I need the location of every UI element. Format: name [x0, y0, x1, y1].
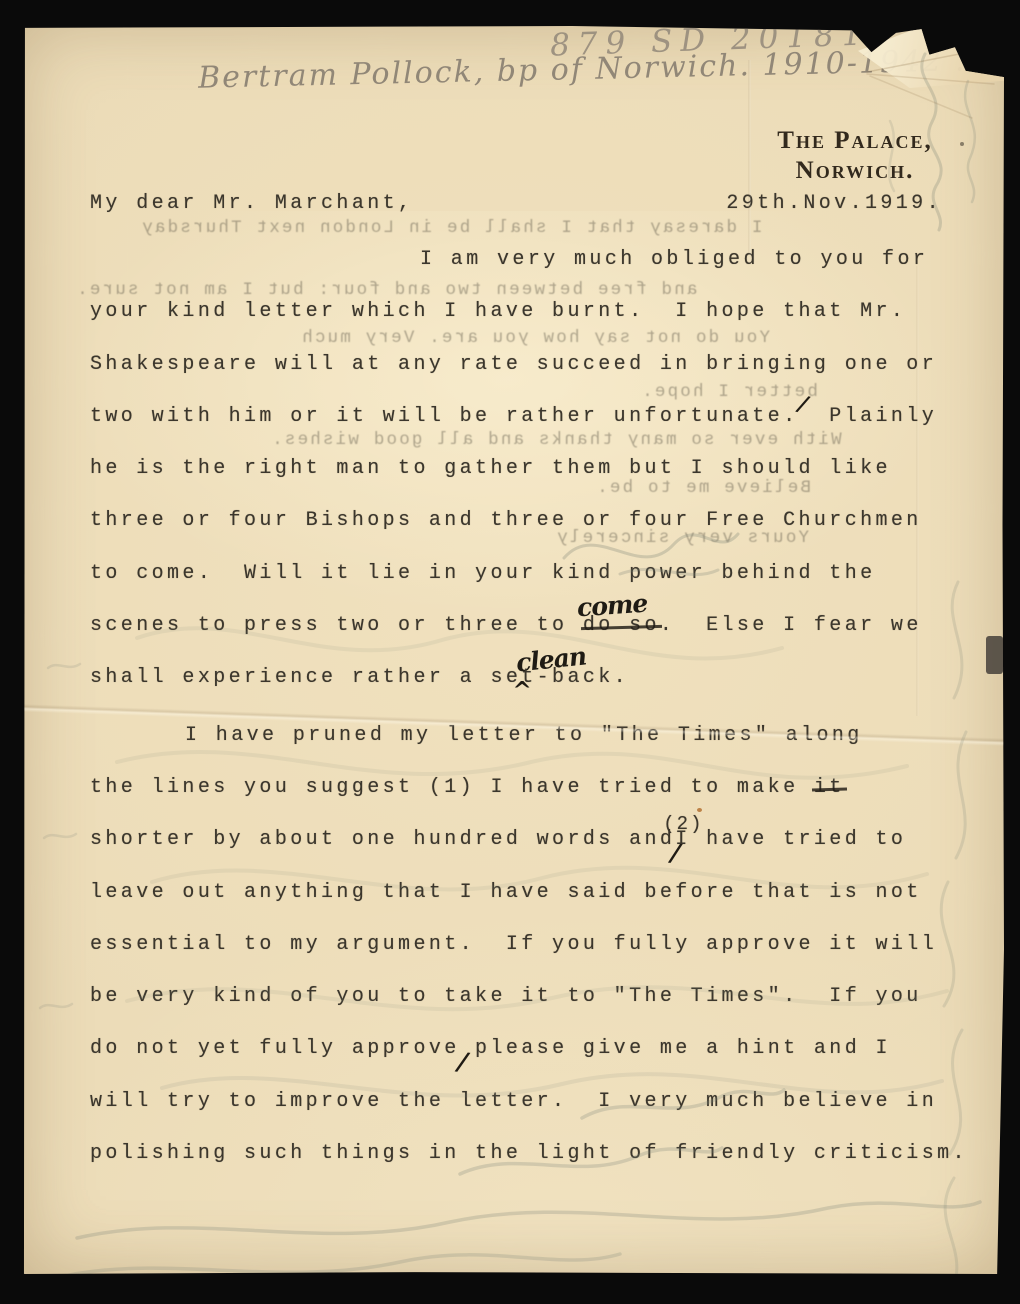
typed-text: essential to my argument. If you fully a…	[90, 933, 937, 956]
typed-line: the lines you suggest (1) I have tried t…	[90, 762, 990, 814]
letter-date: 29th.Nov.1919.	[726, 190, 942, 218]
crease-line	[748, 60, 751, 255]
typed-line: I am very much obliged to you for	[90, 234, 990, 286]
paragraph: I am very much obliged to you foryour ki…	[90, 234, 990, 705]
typed-text: I am very much obliged to you for	[420, 248, 928, 271]
typed-line: shall experience rather a clean^set-back…	[90, 652, 990, 704]
struck-text: do socome	[583, 614, 660, 637]
salutation: My dear Mr. Marchant,	[90, 190, 413, 218]
handwritten-annotation: come	[576, 591, 648, 621]
typed-line: do not yet fully approve/ please give me…	[90, 1023, 990, 1075]
crease-line	[916, 266, 919, 716]
typed-text: do not yet fully approve	[90, 1037, 460, 1060]
typed-text: shall experience rather a	[90, 666, 490, 689]
typed-line: three or four Bishops and three or four …	[90, 495, 990, 547]
typed-text: . Else I fear we	[660, 614, 922, 637]
letter-page: 879 SD 20181 Bertram Pollock, bp of Norw…	[22, 26, 1004, 1274]
typed-text: the lines you suggest (1) I have tried t…	[90, 776, 814, 799]
stain-speck	[697, 808, 702, 812]
bleedthrough-line: With ever so many thanks and all good wi…	[270, 430, 842, 450]
stain-speck	[960, 142, 964, 146]
letter-body: I am very much obliged to you foryour ki…	[90, 234, 990, 1180]
typed-text: leave out anything that I have said befo…	[90, 881, 922, 904]
letterhead-line1: The Palace,	[740, 126, 970, 156]
struck-text: it	[814, 776, 845, 799]
letterhead-line2: Norwich.	[740, 156, 970, 186]
bleedthrough-line: I daresay that I shall be in London next…	[140, 218, 762, 238]
typed-text: to come. Will it lie in your kind power …	[90, 562, 876, 585]
typed-line: leave out anything that I have said befo…	[90, 867, 990, 919]
typed-text: your kind letter which I have burnt. I h…	[90, 300, 906, 323]
typed-line: essential to my argument. If you fully a…	[90, 919, 990, 971]
typed-text: Shakespeare will at any rate succeed in …	[90, 353, 937, 376]
typed-text: two with him or it will be rather unfort…	[90, 405, 799, 428]
salutation-row: My dear Mr. Marchant, 29th.Nov.1919.	[90, 190, 942, 218]
bleedthrough-line: Believe me to be.	[595, 478, 811, 498]
typed-line: will try to improve the letter. I very m…	[90, 1076, 990, 1128]
typed-line: to come. Will it lie in your kind power …	[90, 548, 990, 600]
typed-text: please give me a hint and I	[460, 1037, 891, 1060]
typed-text: be very kind of you to take it to "The T…	[90, 985, 922, 1008]
typed-line: be very kind of you to take it to "The T…	[90, 971, 990, 1023]
typed-text: polishing such things in the light of fr…	[90, 1142, 968, 1165]
typed-text: shorter by about one hundred words and	[90, 828, 675, 851]
typed-line: polishing such things in the light of fr…	[90, 1128, 990, 1180]
typed-line: he is the right man to gather them but I…	[90, 443, 990, 495]
typed-line: scenes to press two or three to do socom…	[90, 600, 990, 652]
bleedthrough-line: better I hope.	[640, 382, 818, 402]
stain-speck	[874, 38, 879, 42]
typed-text: will try to improve the letter. I very m…	[90, 1090, 937, 1113]
bleedthrough-line: and free between two and four: but I am …	[75, 280, 697, 300]
archivist-note: Bertram Pollock, bp of Norwich. 1910-194…	[198, 43, 967, 95]
bleedthrough-line: You do not say how you are. Very much	[300, 328, 770, 348]
typed-text: I have tried to	[675, 828, 906, 851]
typed-text: he is the right man to gather them but I…	[90, 457, 891, 480]
bleedthrough-line: Yours very sincerely	[555, 528, 809, 548]
paragraph: I have pruned my letter to "The Times" a…	[90, 710, 990, 1181]
typed-text: set-back.	[490, 666, 629, 689]
letterhead: The Palace, Norwich.	[740, 126, 970, 185]
paper-scrap	[986, 636, 1003, 674]
typed-text: scenes to press two or three to	[90, 614, 583, 637]
typed-line: shorter by about one hundred words and(2…	[90, 814, 990, 866]
document-scan: 879 SD 20181 Bertram Pollock, bp of Norw…	[0, 0, 1020, 1304]
